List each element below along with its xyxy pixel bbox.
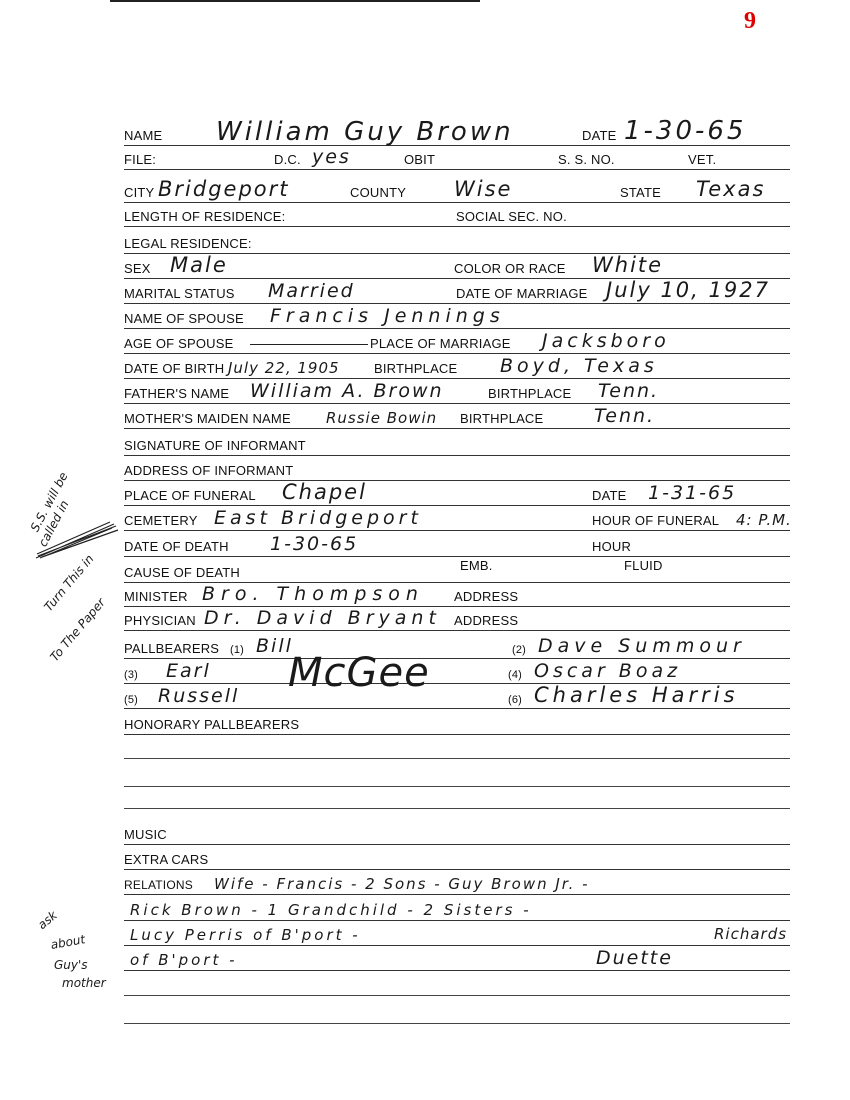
marital-status-value[interactable]: Married <box>268 280 355 302</box>
date-of-death-label: DATE OF DEATH <box>124 539 229 554</box>
name-label: NAME <box>124 128 162 143</box>
date-label: DATE <box>582 128 617 143</box>
date-of-marriage-label: DATE OF MARRIAGE <box>456 286 588 301</box>
date-of-death-value[interactable]: 1-30-65 <box>270 533 358 555</box>
pallbearer-4-name[interactable]: Oscar Boaz <box>534 660 681 682</box>
hour-of-funeral-label: HOUR OF FUNERAL <box>592 513 719 528</box>
social-sec-no-label: SOCIAL SEC. NO. <box>456 209 567 224</box>
place-of-funeral-value[interactable]: Chapel <box>282 480 367 504</box>
date-of-birth-value[interactable]: July 22, 1905 <box>228 359 340 377</box>
margin-note-ask-line4: mother <box>62 976 106 990</box>
row-relations: RELATIONS Wife - Francis - 2 Sons - Guy … <box>124 870 790 895</box>
blank-line <box>124 995 790 996</box>
honorary-pallbearers-label: HONORARY PALLBEARERS <box>124 717 299 732</box>
row-relations-2: Rick Brown - 1 Grandchild - 2 Sisters - <box>124 896 790 921</box>
row-age-of-spouse: AGE OF SPOUSE PLACE OF MARRIAGE Jacksbor… <box>124 329 790 354</box>
hour-label: HOUR <box>592 539 631 554</box>
file-label: FILE: <box>124 152 156 167</box>
ss-no-label: S. S. NO. <box>558 152 615 167</box>
county-label: COUNTY <box>350 185 406 200</box>
row-city: CITY Bridgeport COUNTY Wise STATE Texas <box>124 178 790 203</box>
pallbearer-6-name[interactable]: Charles Harris <box>534 683 739 707</box>
date-of-birth-label: DATE OF BIRTH <box>124 361 224 376</box>
mothers-maiden-name-value[interactable]: Russie Bowin <box>326 409 437 427</box>
row-physician: PHYSICIAN Dr. David Bryant ADDRESS <box>124 606 790 631</box>
mother-birthplace-value[interactable]: Tenn. <box>594 405 655 427</box>
relations-line-3[interactable]: Lucy Perris of B'port - <box>130 926 361 944</box>
pallbearer-1-num: (1) <box>230 644 244 656</box>
funeral-date-label: DATE <box>592 488 627 503</box>
relations-insert-duette[interactable]: Duette <box>596 947 673 969</box>
row-legal-residence: LEGAL RESIDENCE: <box>124 229 790 254</box>
pallbearer-3-num: (3) <box>124 669 138 681</box>
row-pallbearers-5-6: (5) Russell (6) Charles Harris <box>124 684 790 709</box>
row-marital-status: MARITAL STATUS Married DATE OF MARRIAGE … <box>124 279 790 304</box>
pallbearer-surname-mcgee: McGee <box>288 650 430 696</box>
row-pallbearers-1-2: PALLBEARERS (1) Bill (2) Dave Summour <box>124 634 790 659</box>
music-label: MUSIC <box>124 827 167 842</box>
row-fathers-name: FATHER'S NAME William A. Brown BIRTHPLAC… <box>124 379 790 404</box>
blank-line <box>124 786 790 787</box>
county-value[interactable]: Wise <box>454 177 512 201</box>
name-value[interactable]: William Guy Brown <box>216 117 514 147</box>
city-value[interactable]: Bridgeport <box>158 177 290 201</box>
cemetery-value[interactable]: East Bridgeport <box>214 507 422 529</box>
row-file: FILE: D.C. yes OBIT S. S. NO. VET. <box>124 145 790 170</box>
place-of-funeral-label: PLACE OF FUNERAL <box>124 488 256 503</box>
physician-value[interactable]: Dr. David Bryant <box>204 607 441 629</box>
sex-value[interactable]: Male <box>170 253 228 277</box>
emb-label: EMB. <box>460 558 493 573</box>
date-of-marriage-value[interactable]: July 10, 1927 <box>606 278 770 302</box>
place-of-marriage-value[interactable]: Jacksboro <box>542 330 670 352</box>
minister-value[interactable]: Bro. Thompson <box>202 583 424 605</box>
row-signature-of-informant: SIGNATURE OF INFORMANT <box>124 431 790 456</box>
pallbearer-5-num: (5) <box>124 694 138 706</box>
funeral-date-value[interactable]: 1-31-65 <box>648 482 736 504</box>
mothers-maiden-name-label: MOTHER'S MAIDEN NAME <box>124 411 291 426</box>
address-of-informant-label: ADDRESS OF INFORMANT <box>124 463 293 478</box>
physician-label: PHYSICIAN <box>124 613 196 628</box>
relations-label: RELATIONS <box>124 878 193 892</box>
row-name: NAME William Guy Brown DATE 1-30-65 <box>124 121 790 146</box>
blank-line <box>124 758 790 759</box>
minister-address-label: ADDRESS <box>454 589 518 604</box>
blank-line <box>124 1023 790 1024</box>
row-extra-cars: EXTRA CARS <box>124 845 790 870</box>
relations-line-4[interactable]: of B'port - <box>130 951 238 969</box>
relations-insert-richards[interactable]: Richards <box>714 925 787 943</box>
father-birthplace-value[interactable]: Tenn. <box>598 380 659 402</box>
row-minister: MINISTER Bro. Thompson ADDRESS <box>124 582 790 607</box>
row-length-of-residence: LENGTH OF RESIDENCE: SOCIAL SEC. NO. <box>124 202 790 227</box>
cemetery-label: CEMETERY <box>124 513 198 528</box>
row-address-of-informant: ADDRESS OF INFORMANT <box>124 456 790 481</box>
vet-label: VET. <box>688 152 716 167</box>
row-cemetery: CEMETERY East Bridgeport HOUR OF FUNERAL… <box>124 506 790 531</box>
dc-label: D.C. <box>274 152 301 167</box>
place-of-marriage-label: PLACE OF MARRIAGE <box>370 336 511 351</box>
color-or-race-label: COLOR OR RACE <box>454 261 566 276</box>
cause-of-death-label: CAUSE OF DEATH <box>124 565 240 580</box>
row-name-of-spouse: NAME OF SPOUSE Francis Jennings <box>124 304 790 329</box>
age-of-spouse-dash <box>250 344 368 345</box>
name-of-spouse-label: NAME OF SPOUSE <box>124 311 244 326</box>
pallbearer-6-num: (6) <box>508 694 522 706</box>
legal-residence-label: LEGAL RESIDENCE: <box>124 236 252 251</box>
birthplace-label: BIRTHPLACE <box>374 361 457 376</box>
fluid-label: FLUID <box>624 558 663 573</box>
pallbearers-label: PALLBEARERS <box>124 641 219 656</box>
color-or-race-value[interactable]: White <box>592 253 663 277</box>
city-label: CITY <box>124 185 154 200</box>
relations-line-1[interactable]: Wife - Francis - 2 Sons - Guy Brown Jr. … <box>214 875 590 893</box>
scan-edge-line <box>110 0 480 2</box>
signature-of-informant-label: SIGNATURE OF INFORMANT <box>124 438 306 453</box>
age-of-spouse-label: AGE OF SPOUSE <box>124 336 234 351</box>
row-cause-of-death: CAUSE OF DEATH EMB. FLUID <box>124 558 790 583</box>
fathers-name-label: FATHER'S NAME <box>124 386 229 401</box>
fathers-name-value[interactable]: William A. Brown <box>250 380 444 402</box>
length-of-residence-label: LENGTH OF RESIDENCE: <box>124 209 285 224</box>
hour-of-funeral-value[interactable]: 4: P.M. <box>736 511 792 529</box>
mother-birthplace-label: BIRTHPLACE <box>460 411 543 426</box>
state-value[interactable]: Texas <box>696 177 765 201</box>
state-label: STATE <box>620 185 661 200</box>
row-sex: SEX Male COLOR OR RACE White <box>124 254 790 279</box>
birthplace-value[interactable]: Boyd, Texas <box>500 355 658 377</box>
pallbearer-5-name[interactable]: Russell <box>158 685 239 707</box>
row-place-of-funeral: PLACE OF FUNERAL Chapel DATE 1-31-65 <box>124 481 790 506</box>
blank-line <box>124 808 790 809</box>
pallbearer-4-num: (4) <box>508 669 522 681</box>
minister-label: MINISTER <box>124 589 188 604</box>
row-honorary-pallbearers: HONORARY PALLBEARERS <box>124 710 790 735</box>
date-value[interactable]: 1-30-65 <box>624 116 746 146</box>
row-date-of-death: DATE OF DEATH 1-30-65 HOUR <box>124 532 790 557</box>
pallbearer-2-num: (2) <box>512 644 526 656</box>
name-of-spouse-value[interactable]: Francis Jennings <box>270 305 505 327</box>
row-music: MUSIC <box>124 820 790 845</box>
margin-note-ask-line1: ask <box>35 908 60 932</box>
father-birthplace-label: BIRTHPLACE <box>488 386 571 401</box>
extra-cars-label: EXTRA CARS <box>124 852 208 867</box>
row-mothers-maiden-name: MOTHER'S MAIDEN NAME Russie Bowin BIRTHP… <box>124 404 790 429</box>
pallbearer-3-name[interactable]: Earl <box>166 660 211 682</box>
row-relations-4: of B'port - Duette <box>124 946 790 971</box>
margin-note-ask-line2: about <box>50 932 87 952</box>
dc-value[interactable]: yes <box>312 146 351 168</box>
obit-label: OBIT <box>404 152 435 167</box>
relations-line-2[interactable]: Rick Brown - 1 Grandchild - 2 Sisters - <box>130 901 532 919</box>
row-date-of-birth: DATE OF BIRTH July 22, 1905 BIRTHPLACE B… <box>124 354 790 379</box>
marital-status-label: MARITAL STATUS <box>124 286 235 301</box>
row-relations-3: Lucy Perris of B'port - Richards <box>124 921 790 946</box>
row-pallbearers-3-4: (3) Earl (4) Oscar Boaz <box>124 659 790 684</box>
page-number: 9 <box>744 8 756 35</box>
pallbearer-2-name[interactable]: Dave Summour <box>538 635 746 657</box>
physician-address-label: ADDRESS <box>454 613 518 628</box>
margin-note-ask-line3: Guy's <box>54 958 88 972</box>
margin-scribble <box>34 520 129 560</box>
sex-label: SEX <box>124 261 151 276</box>
